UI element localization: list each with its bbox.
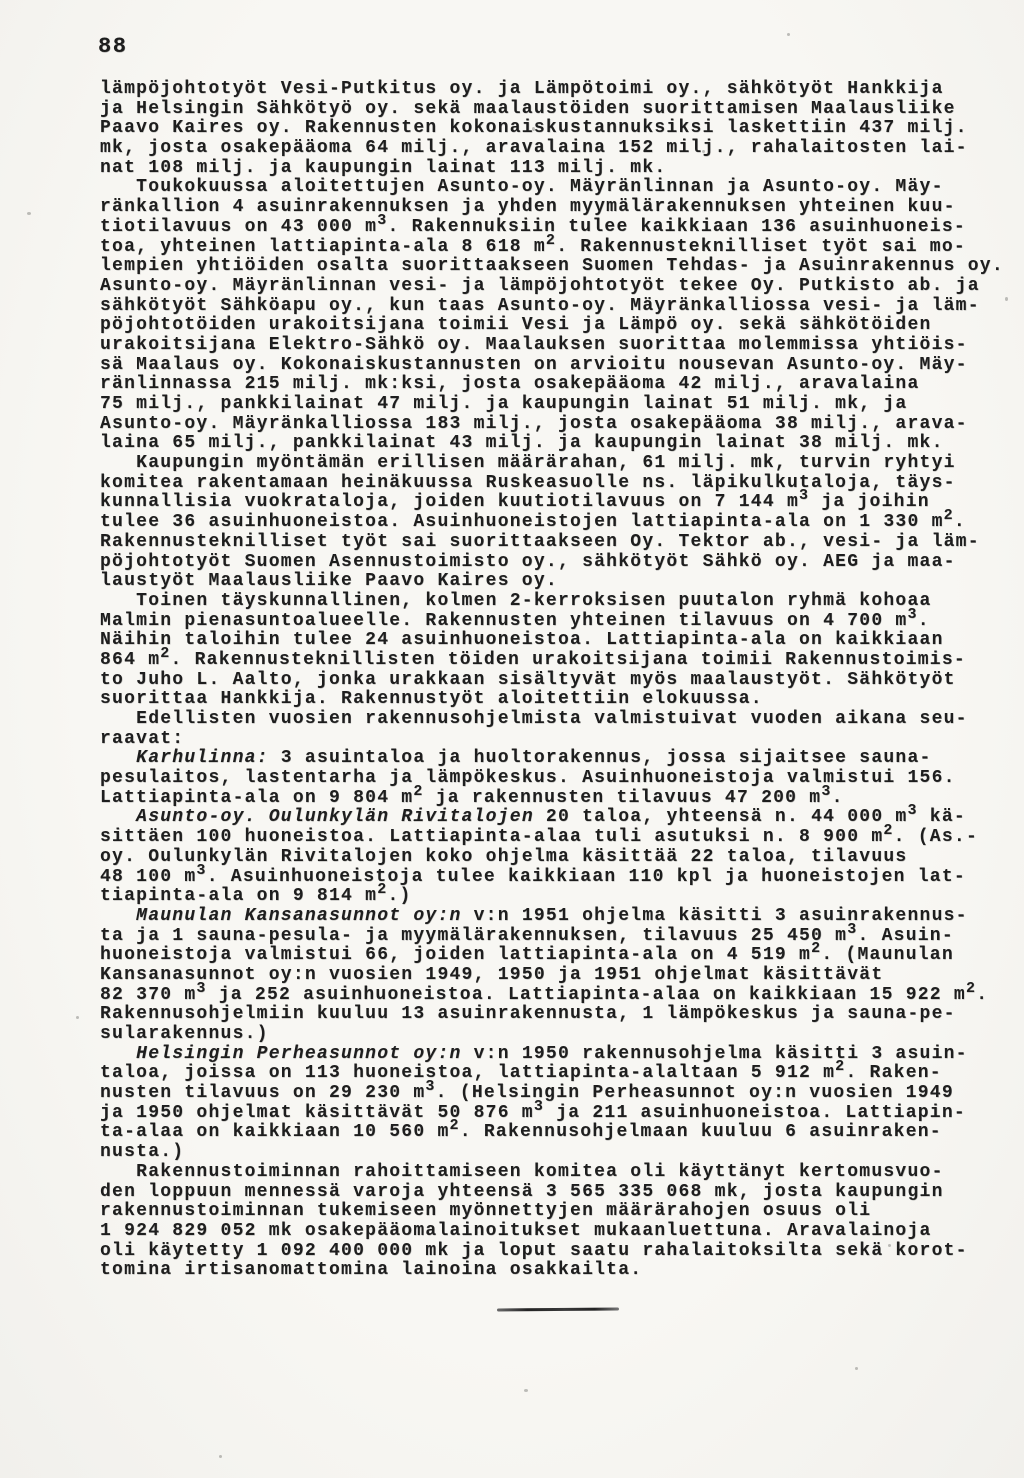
text-line: Kaupungin myöntämän erillisen määrärahan… (100, 454, 1012, 474)
text-line: Asunto-oy. Oulunkylän Rivitalojen 20 tal… (100, 808, 1012, 828)
text-line: pesulaitos, lastentarha ja lämpökeskus. … (100, 769, 1012, 789)
text-line: sähkötyöt Sähköapu oy., kun taas Asunto-… (100, 297, 1012, 317)
text-line: laustyöt Maalausliike Paavo Kaires oy. (100, 572, 1012, 592)
text-line: 82 370 m3 ja 252 asuinhuoneistoa. Lattia… (100, 986, 1012, 1006)
text-line: 48 100 m3. Asuinhuoneistoja tulee kaikki… (100, 868, 1012, 888)
scan-speck (1005, 297, 1008, 301)
text-line: sittäen 100 huoneistoa. Lattiapinta-alaa… (100, 828, 1012, 848)
text-line: tomina irtisanomattomina lainoina osakka… (100, 1261, 1012, 1281)
scan-speck (888, 1244, 891, 1247)
end-rule (497, 1307, 619, 1311)
text-line: Asunto-oy. Mäyränkalliossa 183 milj., jo… (100, 415, 1012, 435)
text-line: kunnallisia vuokrataloja, joiden kuutiot… (100, 493, 1012, 513)
text-line: Rakennusteknilliset työt sai suorittaaks… (100, 533, 1012, 553)
text-line: rakennustoiminnan tukemiseen myönnettyje… (100, 1202, 1012, 1222)
text-line: lempien yhtiöiden osalta suorittaakseen … (100, 257, 1012, 277)
text-line: suorittaa Hankkija. Rakennustyöt aloitet… (100, 690, 1012, 710)
text-line: to Juho L. Aalto, jonka urakkaan sisälty… (100, 671, 1012, 691)
text-line: komitea rakentamaan heinäkuussa Ruskeasu… (100, 474, 1012, 494)
text-line: tiotilavuus on 43 000 m3. Rakennuksiin t… (100, 218, 1012, 238)
text-line: ta ja 1 sauna-pesula- ja myymälärakennuk… (100, 927, 1012, 947)
text-line: Rakennusohjelmiin kuuluu 13 asuinrakennu… (100, 1005, 1012, 1025)
text-line: nusta.) (100, 1143, 1012, 1163)
page-number: 88 (98, 34, 127, 59)
text-line: Edellisten vuosien rakennusohjelmista va… (100, 710, 1012, 730)
text-line: taloa, joissa on 113 huoneistoa, lattiap… (100, 1064, 1012, 1084)
text-line: tiapinta-ala on 9 814 m2.) (100, 887, 1012, 907)
text-line: mk, josta osakepääoma 64 milj., aravalai… (100, 139, 1012, 159)
text-line: ränkallion 4 asuinrakennuksen ja yhden m… (100, 198, 1012, 218)
text-line: laina 65 milj., pankkilainat 43 milj. ja… (100, 434, 1012, 454)
scan-speck (524, 1389, 528, 1392)
scan-speck (787, 33, 790, 36)
text-line: Rakennustoiminnan rahoittamiseen komitea… (100, 1163, 1012, 1183)
text-line: Maunulan Kansanasunnot oy:n v:n 1951 ohj… (100, 907, 1012, 927)
text-line: den loppuun mennessä varoja yhteensä 3 5… (100, 1183, 1012, 1203)
text-line: ta-alaa on kaikkiaan 10 560 m2. Rakennus… (100, 1123, 1012, 1143)
scan-speck (76, 1016, 79, 1019)
text-line: Helsingin Perheasunnot oy:n v:n 1950 rak… (100, 1045, 1012, 1065)
document-body: lämpöjohtotyöt Vesi-Putkitus oy. ja Lämp… (100, 80, 1012, 1281)
text-line: Paavo Kaires oy. Rakennusten kokonaiskus… (100, 119, 1012, 139)
scan-speck (855, 1367, 858, 1370)
text-line: 864 m2. Rakennusteknillisten töiden urak… (100, 651, 1012, 671)
text-line: raavat: (100, 730, 1012, 750)
text-line: ja Helsingin Sähkötyö oy. sekä maalaustö… (100, 100, 1012, 120)
text-line: 1 924 829 052 mk osakepääomalainoitukset… (100, 1222, 1012, 1242)
text-line: sularakennus.) (100, 1025, 1012, 1045)
text-line: Asunto-oy. Mäyränlinnan vesi- ja lämpöjo… (100, 277, 1012, 297)
text-line: pöjohtotyöt Suomen Asennustoimisto oy., … (100, 553, 1012, 573)
text-line: ränlinnassa 215 milj. mk:ksi, josta osak… (100, 375, 1012, 395)
text-line: 75 milj., pankkilainat 47 milj. ja kaupu… (100, 395, 1012, 415)
scan-speck (532, 127, 535, 131)
scan-speck (219, 1455, 222, 1458)
text-line: toa, yhteinen lattiapinta-ala 8 618 m2. … (100, 238, 1012, 258)
text-line: tulee 36 asuinhuoneistoa. Asuinhuoneisto… (100, 513, 1012, 533)
text-line: oy. Oulunkylän Rivitalojen koko ohjelma … (100, 848, 1012, 868)
text-line: oli käytetty 1 092 400 000 mk ja loput s… (100, 1242, 1012, 1262)
text-line: ja 1950 ohjelmat käsittävät 50 876 m3 ja… (100, 1104, 1012, 1124)
text-line: huoneistoja valmistui 66, joiden lattiap… (100, 946, 1012, 966)
text-line: Malmin pienasuntoalueelle. Rakennusten y… (100, 612, 1012, 632)
text-line: nat 108 milj. ja kaupungin lainat 113 mi… (100, 159, 1012, 179)
document-page: 88 lämpöjohtotyöt Vesi-Putkitus oy. ja L… (0, 0, 1024, 1478)
text-line: sä Maalaus oy. Kokonaiskustannusten on a… (100, 356, 1012, 376)
text-line: lämpöjohtotyöt Vesi-Putkitus oy. ja Lämp… (100, 80, 1012, 100)
text-line: Kansanasunnot oy:n vuosien 1949, 1950 ja… (100, 966, 1012, 986)
text-line: nusten tilavuus on 29 230 m3. (Helsingin… (100, 1084, 1012, 1104)
text-line: pöjohtotöiden urakoitsijana toimii Vesi … (100, 316, 1012, 336)
text-line: Karhulinna: 3 asuintaloa ja huoltorakenn… (100, 749, 1012, 769)
text-line: Toinen täyskunnallinen, kolmen 2-kerroks… (100, 592, 1012, 612)
scan-speck (702, 150, 705, 153)
text-line: Näihin taloihin tulee 24 asuinhuoneistoa… (100, 631, 1012, 651)
text-line: urakoitsijana Elektro-Sähkö oy. Maalauks… (100, 336, 1012, 356)
scan-speck (27, 212, 31, 215)
text-line: Toukokuussa aloitettujen Asunto-oy. Mäyr… (100, 178, 1012, 198)
text-line: Lattiapinta-ala on 9 804 m2 ja rakennust… (100, 789, 1012, 809)
